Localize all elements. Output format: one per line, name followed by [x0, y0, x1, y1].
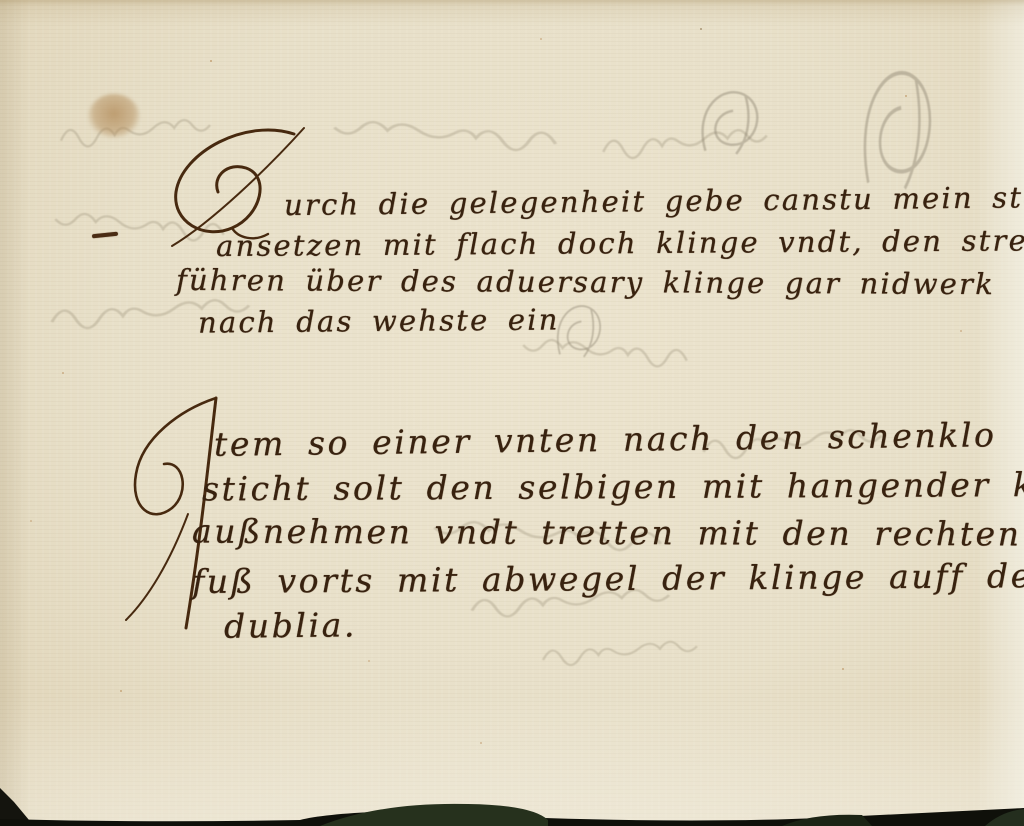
bleedthrough-writing: [330, 120, 560, 156]
manuscript-page: urch die gelegenheit gebe canstu mein st…: [0, 0, 1024, 826]
manuscript-line: führen über des aduersary klinge gar nid…: [176, 263, 995, 301]
bleedthrough-writing: [520, 338, 690, 372]
manuscript-line: dublia.: [224, 605, 357, 645]
manuscript-line: nach das wehste ein: [198, 302, 560, 339]
manuscript-line: außnehmen vndt tretten mit den rechten: [192, 512, 1022, 554]
bleedthrough-flourish: [690, 80, 770, 160]
bleedthrough-writing: [540, 640, 700, 670]
manuscript-line: ansetzen mit flach doch klinge vndt, den…: [216, 223, 1024, 263]
manuscript-line: urch die gelegenheit gebe canstu mein st…: [284, 180, 1024, 222]
page-bottom-edge: [0, 782, 1024, 826]
paper-fiber-specks: [0, 0, 2, 2]
manuscript-line: sticht solt den selbigen mit hangender k…: [202, 465, 1024, 509]
manuscript-line: fuß vorts mit abwegel der klinge auff de…: [192, 556, 1024, 601]
bleedthrough-flourish: [850, 50, 945, 200]
paper-stain: [88, 94, 140, 138]
